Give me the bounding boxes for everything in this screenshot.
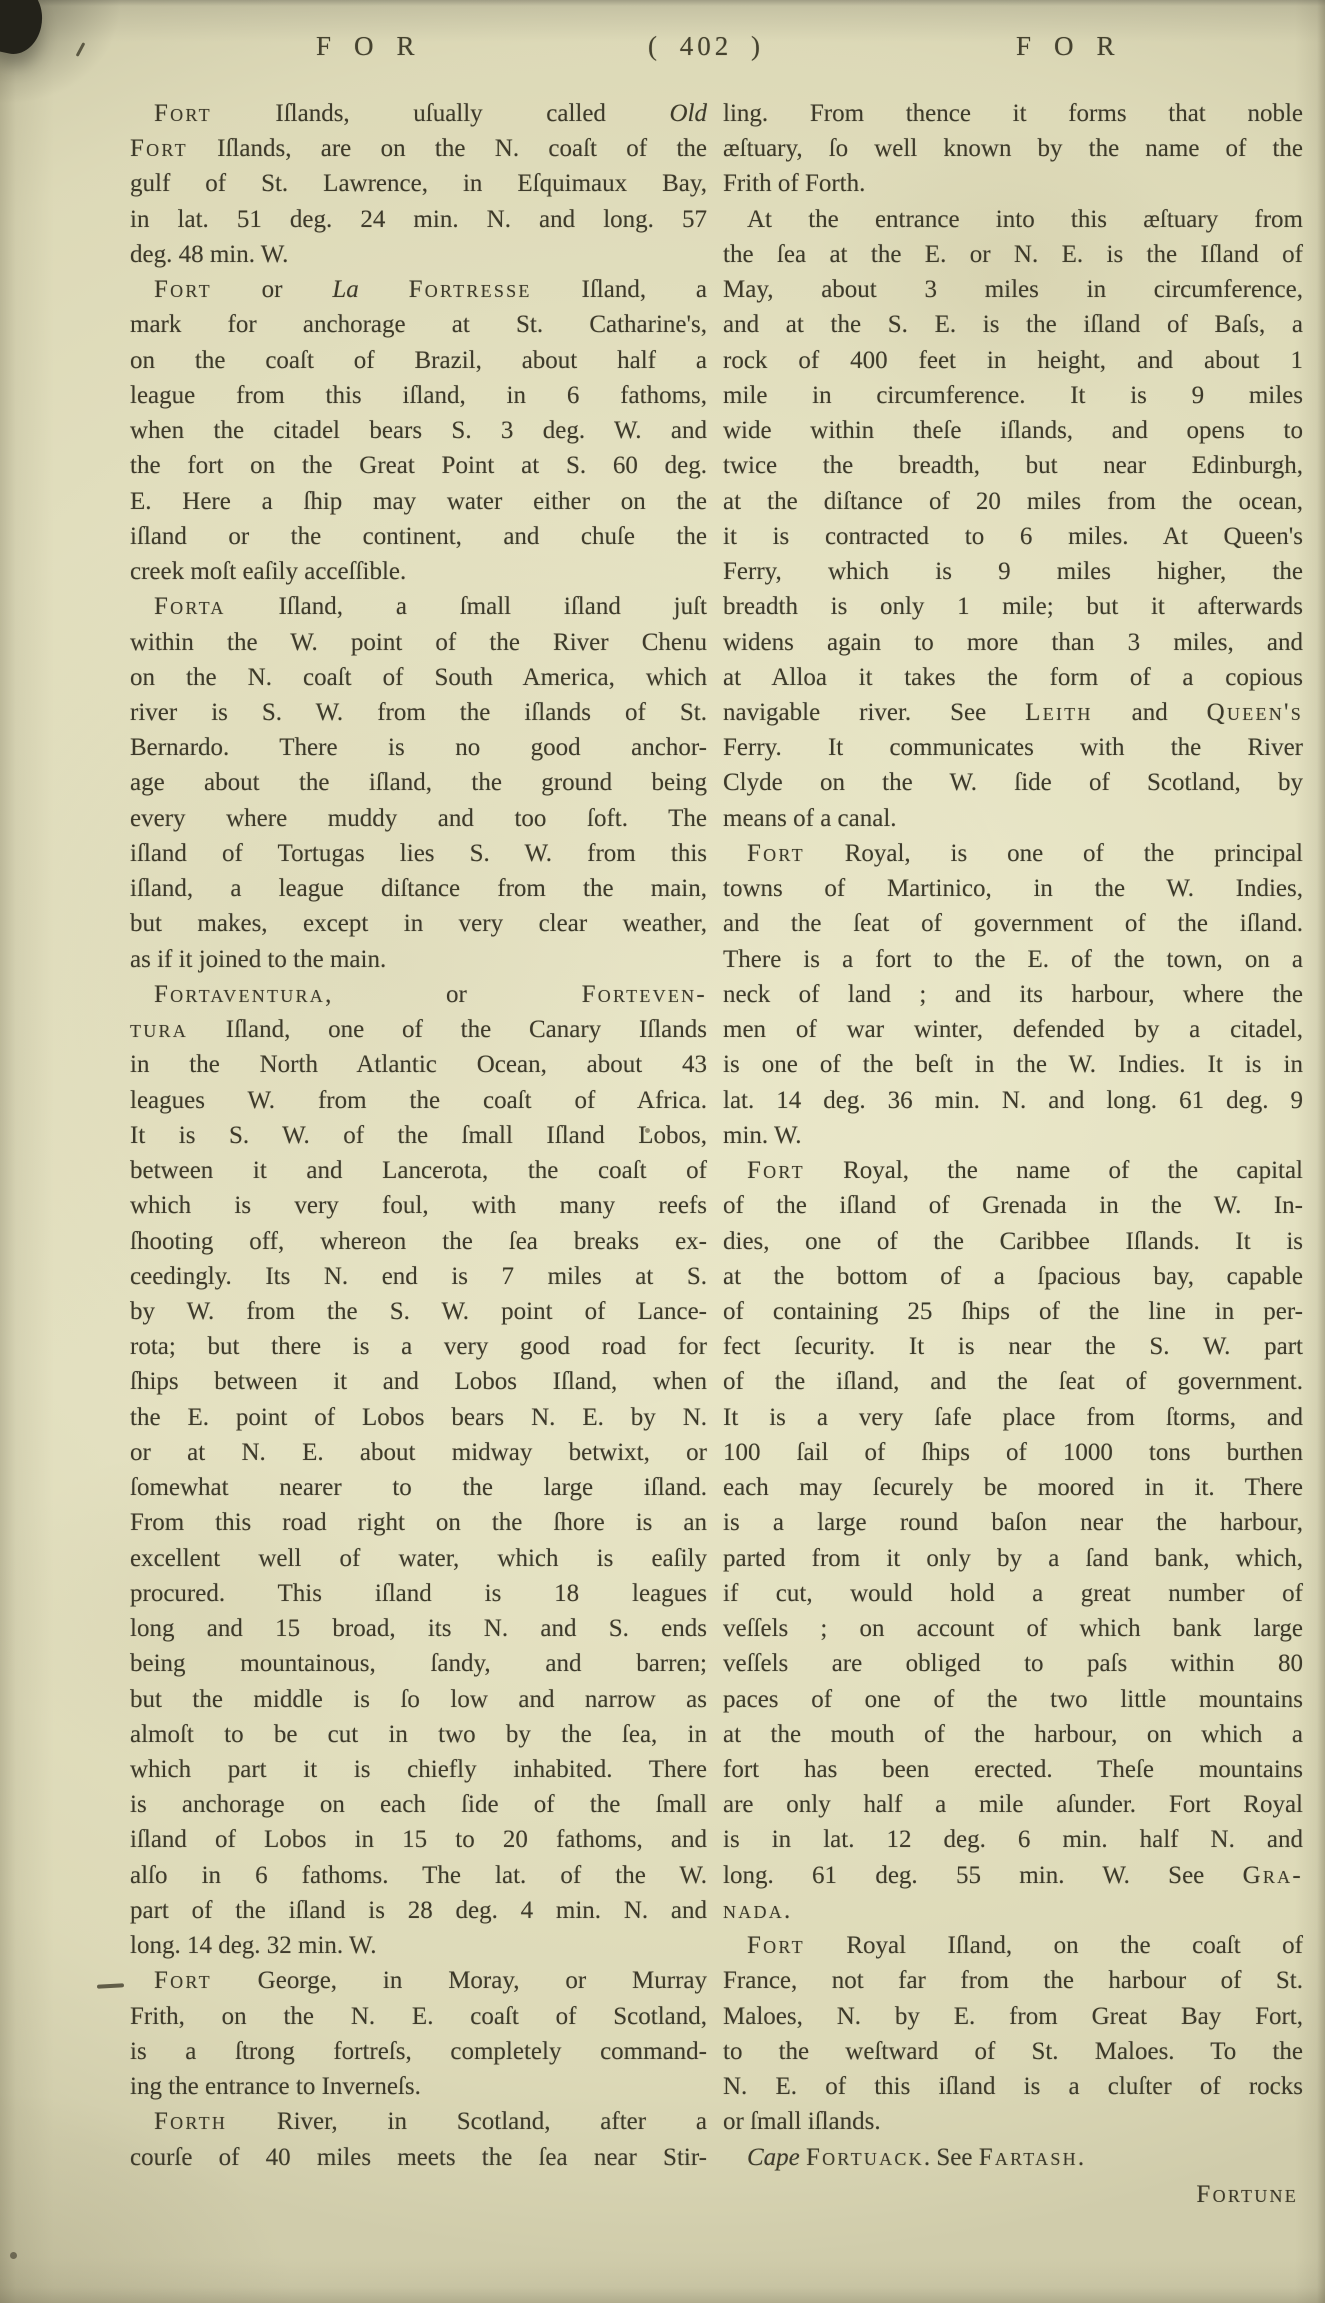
text-line: mark for anchorage at St. Catharine's,: [130, 307, 707, 342]
text-line: is a large round baſon near the harbour,: [723, 1505, 1303, 1540]
text-line: the fort on the Great Point at S. 60 deg…: [130, 448, 707, 483]
text-line: navigable river. See Leith and Queen's: [723, 695, 1303, 730]
text-line: N. E. of this iſland is a cluſter of roc…: [723, 2069, 1303, 2104]
text-line: Fort Royal, is one of the principal: [723, 836, 1303, 871]
text-line: widens again to more than 3 miles, and: [723, 625, 1303, 660]
text-line: ceedingly. Its N. end is 7 miles at S.: [130, 1259, 707, 1294]
text-line: wide within theſe iſlands, and opens to: [723, 413, 1303, 448]
text-line: in lat. 51 deg. 24 min. N. and long. 57: [130, 202, 707, 237]
text-line: of the iſland of Grenada in the W. In-: [723, 1188, 1303, 1223]
text-line: part of the iſland is 28 deg. 4 min. N. …: [130, 1893, 707, 1928]
text-line: veſſels are obliged to paſs within 80: [723, 1646, 1303, 1681]
text-line: as if it joined to the main.: [130, 942, 707, 977]
ink-blot-corner: [0, 0, 48, 59]
text-line: procured. This iſland is 18 leagues: [130, 1576, 707, 1611]
text-line: Clyde on the W. ſide of Scotland, by: [723, 765, 1303, 800]
scanned-book-page: { "header": { "left_word": "FOR", "page_…: [0, 0, 1325, 2303]
text-line: which is very foul, with many reefs: [130, 1188, 707, 1223]
text-line: in the North Atlantic Ocean, about 43: [130, 1047, 707, 1082]
text-line: long. 61 deg. 55 min. W. See Gra-: [723, 1858, 1303, 1893]
text-line: league from this iſland, in 6 fathoms,: [130, 378, 707, 413]
text-line: by W. from the S. W. point of Lance-: [130, 1294, 707, 1329]
text-line: Maloes, N. by E. from Great Bay Fort,: [723, 1999, 1303, 2034]
text-line: is a ſtrong fortreſs, completely command…: [130, 2034, 707, 2069]
text-line: At the entrance into this æſtuary from: [723, 202, 1303, 237]
text-line: men of war winter, defended by a citadel…: [723, 1012, 1303, 1047]
text-line: at the mouth of the harbour, on which a: [723, 1717, 1303, 1752]
text-line: age about the iſland, the ground being: [130, 765, 707, 800]
text-line: is in lat. 12 deg. 6 min. half N. and: [723, 1822, 1303, 1857]
text-line: of containing 25 ſhips of the line in pe…: [723, 1294, 1303, 1329]
text-line: rota; but there is a very good road for: [130, 1329, 707, 1364]
text-line: Fort Iſlands, are on the N. coaſt of the: [130, 131, 707, 166]
text-line: veſſels ; on account of which bank large: [723, 1611, 1303, 1646]
text-line: neck of land ; and its harbour, where th…: [723, 977, 1303, 1012]
text-line: river is S. W. from the iſlands of St.: [130, 695, 707, 730]
text-line: E. Here a ſhip may water either on the: [130, 484, 707, 519]
text-line: is one of the beſt in the W. Indies. It …: [723, 1047, 1303, 1082]
text-line: There is a fort to the E. of the town, o…: [723, 942, 1303, 977]
text-line: long. 14 deg. 32 min. W.: [130, 1928, 707, 1963]
text-column-right: ling. From thence it forms that nobleæſt…: [723, 96, 1303, 2175]
text-line: gulf of St. Lawrence, in Eſquimaux Bay,: [130, 166, 707, 201]
text-line: Forth River, in Scotland, after a: [130, 2104, 707, 2139]
scan-scratch-mark: [76, 42, 86, 57]
text-line: if cut, would hold a great number of: [723, 1576, 1303, 1611]
text-line: long and 15 broad, its N. and S. ends: [130, 1611, 707, 1646]
text-line: and the ſeat of government of the iſland…: [723, 906, 1303, 941]
running-header-left: FOR: [316, 30, 438, 62]
text-line: but makes, except in very clear weather,: [130, 906, 707, 941]
text-line: From this road right on the ſhore is an: [130, 1505, 707, 1540]
text-line: iſland of Tortugas lies S. W. from this: [130, 836, 707, 871]
text-line: iſland or the continent, and chuſe the: [130, 519, 707, 554]
text-line: Forta Iſland, a ſmall iſland juſt: [130, 589, 707, 624]
text-line: France, not far from the harbour of St.: [723, 1963, 1303, 1998]
text-line: ſomewhat nearer to the large iſland.: [130, 1470, 707, 1505]
text-line: tura Iſland, one of the Canary Iſlands: [130, 1012, 707, 1047]
text-line: Bernardo. There is no good anchor-: [130, 730, 707, 765]
text-line: paces of one of the two little mountains: [723, 1682, 1303, 1717]
text-line: ing the entrance to Inverneſs.: [130, 2069, 707, 2104]
text-line: Fort Royal Iſland, on the coaſt of: [723, 1928, 1303, 1963]
text-line: iſland, a league diſtance from the main,: [130, 871, 707, 906]
text-line: it is contracted to 6 miles. At Queen's: [723, 519, 1303, 554]
text-line: creek moſt eaſily acceſſible.: [130, 554, 707, 589]
text-column-left: Fort Iſlands, uſually called OldFort Iſl…: [130, 96, 707, 2175]
text-line: leagues W. from the coaſt of Africa.: [130, 1083, 707, 1118]
text-line: when the citadel bears S. 3 deg. W. and: [130, 413, 707, 448]
text-line: twice the breadth, but near Edinburgh,: [723, 448, 1303, 483]
text-line: every where muddy and too ſoft. The: [130, 801, 707, 836]
text-line: courſe of 40 miles meets the ſea near St…: [130, 2140, 707, 2175]
text-line: Fort Royal, the name of the capital: [723, 1153, 1303, 1188]
text-line: Fort Iſlands, uſually called Old: [130, 96, 707, 131]
text-line: which part it is chiefly inhabited. Ther…: [130, 1752, 707, 1787]
text-line: within the W. point of the River Chenu: [130, 625, 707, 660]
text-line: at the bottom of a ſpacious bay, capable: [723, 1259, 1303, 1294]
text-line: on the coaſt of Brazil, about half a: [130, 343, 707, 378]
text-line: Ferry, which is 9 miles higher, the: [723, 554, 1303, 589]
text-line: at the diſtance of 20 miles from the oce…: [723, 484, 1303, 519]
text-line: excellent well of water, which is eaſily: [130, 1541, 707, 1576]
text-line: æſtuary, ſo well known by the name of th…: [723, 131, 1303, 166]
text-line: min. W.: [723, 1118, 1303, 1153]
text-line: the E. point of Lobos bears N. E. by N.: [130, 1400, 707, 1435]
text-line: of the iſland, and the ſeat of governmen…: [723, 1364, 1303, 1399]
text-line: It is S. W. of the ſmall Iſland Lobos,: [130, 1118, 707, 1153]
scan-speck-middle: [645, 1128, 650, 1133]
text-line: mile in circumference. It is 9 miles: [723, 378, 1303, 413]
text-line: Fort or La Fortresse Iſland, a: [130, 272, 707, 307]
text-line: lat. 14 deg. 36 min. N. and long. 61 deg…: [723, 1083, 1303, 1118]
text-line: ling. From thence it forms that noble: [723, 96, 1303, 131]
text-line: almoſt to be cut in two by the ſea, in: [130, 1717, 707, 1752]
text-line: alſo in 6 fathoms. The lat. of the W.: [130, 1858, 707, 1893]
text-line: It is a very ſafe place from ſtorms, and: [723, 1400, 1303, 1435]
text-line: Fort George, in Moray, or Murray: [130, 1963, 707, 1998]
text-line: the ſea at the E. or N. E. is the Iſland…: [723, 237, 1303, 272]
margin-dash-mark: [97, 1983, 124, 1988]
page-number: ( 402 ): [648, 30, 764, 62]
catchword-text: Fortune: [1196, 2181, 1298, 2208]
text-line: on the N. coaſt of South America, which: [130, 660, 707, 695]
running-header-right: FOR: [1016, 30, 1138, 62]
text-line: deg. 48 min. W.: [130, 237, 707, 272]
text-line: ſhips between it and Lobos Iſland, when: [130, 1364, 707, 1399]
text-line: to the weſtward of St. Maloes. To the: [723, 2034, 1303, 2069]
text-line: iſland of Lobos in 15 to 20 fathoms, and: [130, 1822, 707, 1857]
text-line: is anchorage on each ſide of the ſmall: [130, 1787, 707, 1822]
text-line: each may ſecurely be moored in it. There: [723, 1470, 1303, 1505]
text-line: fect ſecurity. It is near the S. W. part: [723, 1329, 1303, 1364]
text-line: May, about 3 miles in circumference,: [723, 272, 1303, 307]
text-line: Frith of Forth.: [723, 166, 1303, 201]
catchword: Fortune: [723, 2177, 1298, 2212]
text-line: are only half a mile aſunder. Fort Royal: [723, 1787, 1303, 1822]
text-line: parted from it only by a ſand bank, whic…: [723, 1541, 1303, 1576]
text-line: 100 ſail of ſhips of 1000 tons burthen: [723, 1435, 1303, 1470]
text-line: fort has been erected. Theſe mountains: [723, 1752, 1303, 1787]
text-line: rock of 400 feet in height, and about 1: [723, 343, 1303, 378]
text-line: but the middle is ſo low and narrow as: [130, 1682, 707, 1717]
text-line: between it and Lancerota, the coaſt of: [130, 1153, 707, 1188]
text-line: Fortaventura, or Forteven-: [130, 977, 707, 1012]
text-line: means of a canal.: [723, 801, 1303, 836]
text-line: breadth is only 1 mile; but it afterward…: [723, 589, 1303, 624]
text-line: Frith, on the N. E. coaſt of Scotland,: [130, 1999, 707, 2034]
text-line: and at the S. E. is the iſland of Baſs, …: [723, 307, 1303, 342]
text-line: nada.: [723, 1893, 1303, 1928]
scan-speck-bottom: [10, 2252, 17, 2259]
text-line: dies, one of the Caribbee Iſlands. It is: [723, 1224, 1303, 1259]
text-line: Cape Fortuack. See Fartash.: [723, 2140, 1303, 2175]
text-line: being mountainous, ſandy, and barren;: [130, 1646, 707, 1681]
text-line: Ferry. It communicates with the River: [723, 730, 1303, 765]
text-line: or ſmall iſlands.: [723, 2104, 1303, 2139]
text-line: towns of Martinico, in the W. Indies,: [723, 871, 1303, 906]
text-line: at Alloa it takes the form of a copious: [723, 660, 1303, 695]
text-line: ſhooting off, whereon the ſea breaks ex-: [130, 1224, 707, 1259]
text-line: or at N. E. about midway betwixt, or: [130, 1435, 707, 1470]
